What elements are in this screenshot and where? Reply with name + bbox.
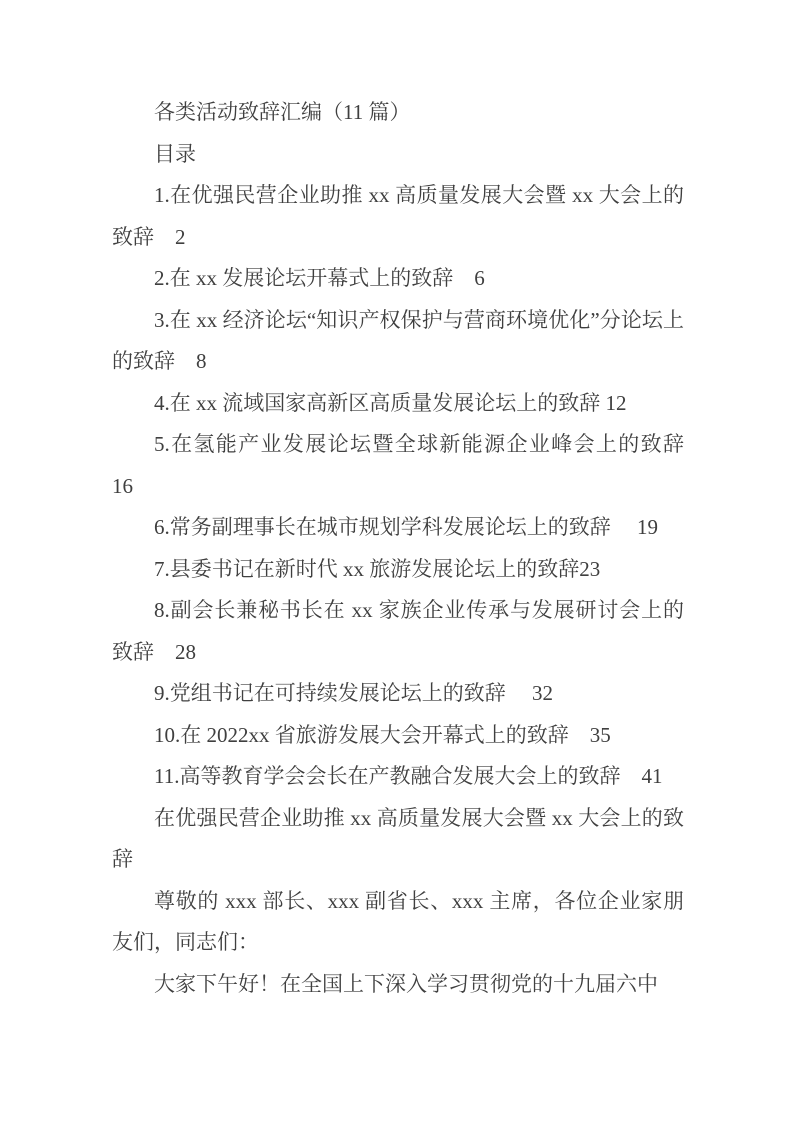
toc-entry: 8.副会长兼秘书长在 xx 家族企业传承与发展研讨会上的致辞 28: [112, 590, 684, 673]
toc-entry: 10.在 2022xx 省旅游发展大会开幕式上的致辞 35: [112, 715, 684, 757]
toc-entry-title: 11.高等教育学会会长在产教融合发展大会上的致辞: [154, 764, 620, 788]
toc-entry-page-number: 12: [606, 391, 627, 415]
toc-entry: 5.在氢能产业发展论坛暨全球新能源企业峰会上的致辞 16: [112, 424, 684, 507]
toc-entry-title: 6.常务副理事长在城市规划学科发展论坛上的致辞: [154, 515, 611, 539]
toc-entry-title: 5.在氢能产业发展论坛暨全球新能源企业峰会上的致辞: [154, 432, 684, 456]
toc-heading: 目录: [112, 134, 684, 176]
toc-entry-page-number: 2: [175, 225, 186, 249]
toc-entry-gap: [569, 723, 590, 747]
document-content: 各类活动致辞汇编（11 篇） 目录 1.在优强民营企业助推 xx 高质量发展大会…: [112, 92, 684, 1005]
toc-entry-page-number: 41: [641, 764, 662, 788]
toc-entry: 9.党组书记在可持续发展论坛上的致辞 32: [112, 673, 684, 715]
toc-list: 1.在优强民营企业助推 xx 高质量发展大会暨 xx 大会上的致辞 22.在 x…: [112, 175, 684, 798]
toc-entry: 3.在 xx 经济论坛“知识产权保护与营商环境优化”分论坛上的致辞 8: [112, 300, 684, 383]
document-title: 各类活动致辞汇编（11 篇）: [112, 92, 684, 134]
toc-entry-gap: [620, 764, 641, 788]
toc-entry-gap: [453, 266, 474, 290]
toc-entry: 6.常务副理事长在城市规划学科发展论坛上的致辞 19: [112, 507, 684, 549]
toc-entry-page-number: 28: [175, 640, 196, 664]
toc-entry-gap: [154, 640, 175, 664]
speech-title: 在优强民营企业助推 xx 高质量发展大会暨 xx 大会上的致辞: [112, 798, 684, 881]
toc-entry-title: 2.在 xx 发展论坛开幕式上的致辞: [154, 266, 453, 290]
toc-entry-page-number: 23: [579, 557, 600, 581]
toc-entry: 7.县委书记在新时代 xx 旅游发展论坛上的致辞23: [112, 549, 684, 591]
toc-entry-title: 7.县委书记在新时代 xx 旅游发展论坛上的致辞: [154, 557, 579, 581]
toc-entry: 2.在 xx 发展论坛开幕式上的致辞 6: [112, 258, 684, 300]
toc-entry-gap: [175, 349, 196, 373]
toc-entry-gap: [684, 432, 705, 456]
toc-entry-title: 9.党组书记在可持续发展论坛上的致辞: [154, 681, 506, 705]
toc-entry-gap: [506, 681, 532, 705]
speech-opening-line: 大家下午好！在全国上下深入学习贯彻党的十九届六中: [112, 964, 684, 1006]
toc-entry-page-number: 16: [112, 474, 133, 498]
toc-entry: 4.在 xx 流域国家高新区高质量发展论坛上的致辞 12: [112, 383, 684, 425]
toc-entry: 11.高等教育学会会长在产教融合发展大会上的致辞 41: [112, 756, 684, 798]
toc-entry-title: 8.副会长兼秘书长在 xx 家族企业传承与发展研讨会上的致辞: [112, 598, 684, 664]
toc-entry-page-number: 32: [532, 681, 553, 705]
speech-salutation: 尊敬的 xxx 部长、xxx 副省长、xxx 主席，各位企业家朋友们，同志们：: [112, 881, 684, 964]
toc-entry: 1.在优强民营企业助推 xx 高质量发展大会暨 xx 大会上的致辞 2: [112, 175, 684, 258]
toc-entry-gap: [154, 225, 175, 249]
toc-entry-page-number: 8: [196, 349, 207, 373]
toc-entry-page-number: 6: [474, 266, 485, 290]
toc-entry-page-number: 35: [590, 723, 611, 747]
document-page: 各类活动致辞汇编（11 篇） 目录 1.在优强民营企业助推 xx 高质量发展大会…: [0, 0, 793, 1122]
toc-entry-gap: [611, 515, 637, 539]
toc-entry-page-number: 19: [637, 515, 658, 539]
toc-entry-title: 4.在 xx 流域国家高新区高质量发展论坛上的致辞: [154, 391, 600, 415]
toc-entry-title: 1.在优强民营企业助推 xx 高质量发展大会暨 xx 大会上的致辞: [112, 183, 684, 249]
toc-entry-title: 10.在 2022xx 省旅游发展大会开幕式上的致辞: [154, 723, 569, 747]
